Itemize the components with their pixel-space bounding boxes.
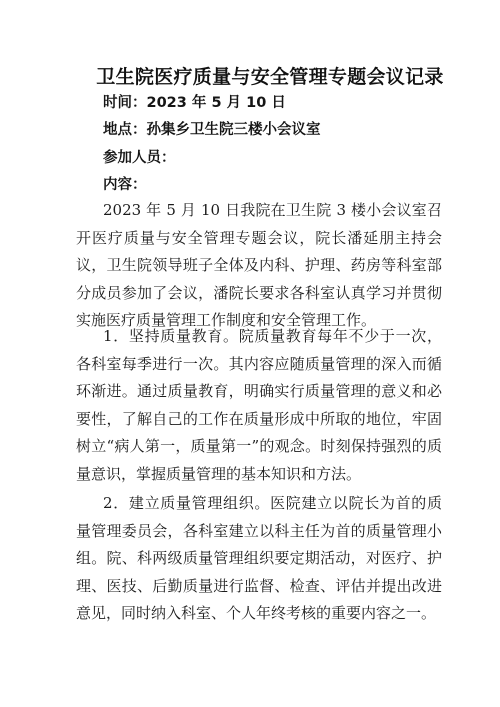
paragraph-intro: 2023 年 5 月 10 日我院在卫生院 3 楼小会议室召开医疗质量与安全管理… xyxy=(76,197,442,335)
paragraph-quality-education: 1．坚持质量教育。院质量教育每年不少于一次，各科室每季进行一次。其内容应随质量管… xyxy=(76,323,442,489)
meeting-place: 地点：孙集乡卫生院三楼小会议室 xyxy=(103,118,321,139)
meeting-time: 时间：2023 年 5 月 10 日 xyxy=(103,91,286,112)
document-title: 卫生院医疗质量与安全管理专题会议记录 xyxy=(0,62,500,89)
meeting-attendees: 参加人员： xyxy=(103,146,176,167)
paragraph-quality-organization: 2．建立质量管理组织。医院建立以院长为首的质量管理委员会，各科室建立以科主任为首… xyxy=(76,490,442,628)
document-page: 卫生院医疗质量与安全管理专题会议记录 时间：2023 年 5 月 10 日 地点… xyxy=(0,0,500,707)
paragraph-text: 1．坚持质量教育。院质量教育每年不少于一次，各科室每季进行一次。其内容应随质量管… xyxy=(76,323,442,489)
paragraph-text: 2023 年 5 月 10 日我院在卫生院 3 楼小会议室召开医疗质量与安全管理… xyxy=(76,197,442,335)
paragraph-text: 2．建立质量管理组织。医院建立以院长为首的质量管理委员会，各科室建立以科主任为首… xyxy=(76,490,442,628)
content-label: 内容： xyxy=(103,173,147,194)
